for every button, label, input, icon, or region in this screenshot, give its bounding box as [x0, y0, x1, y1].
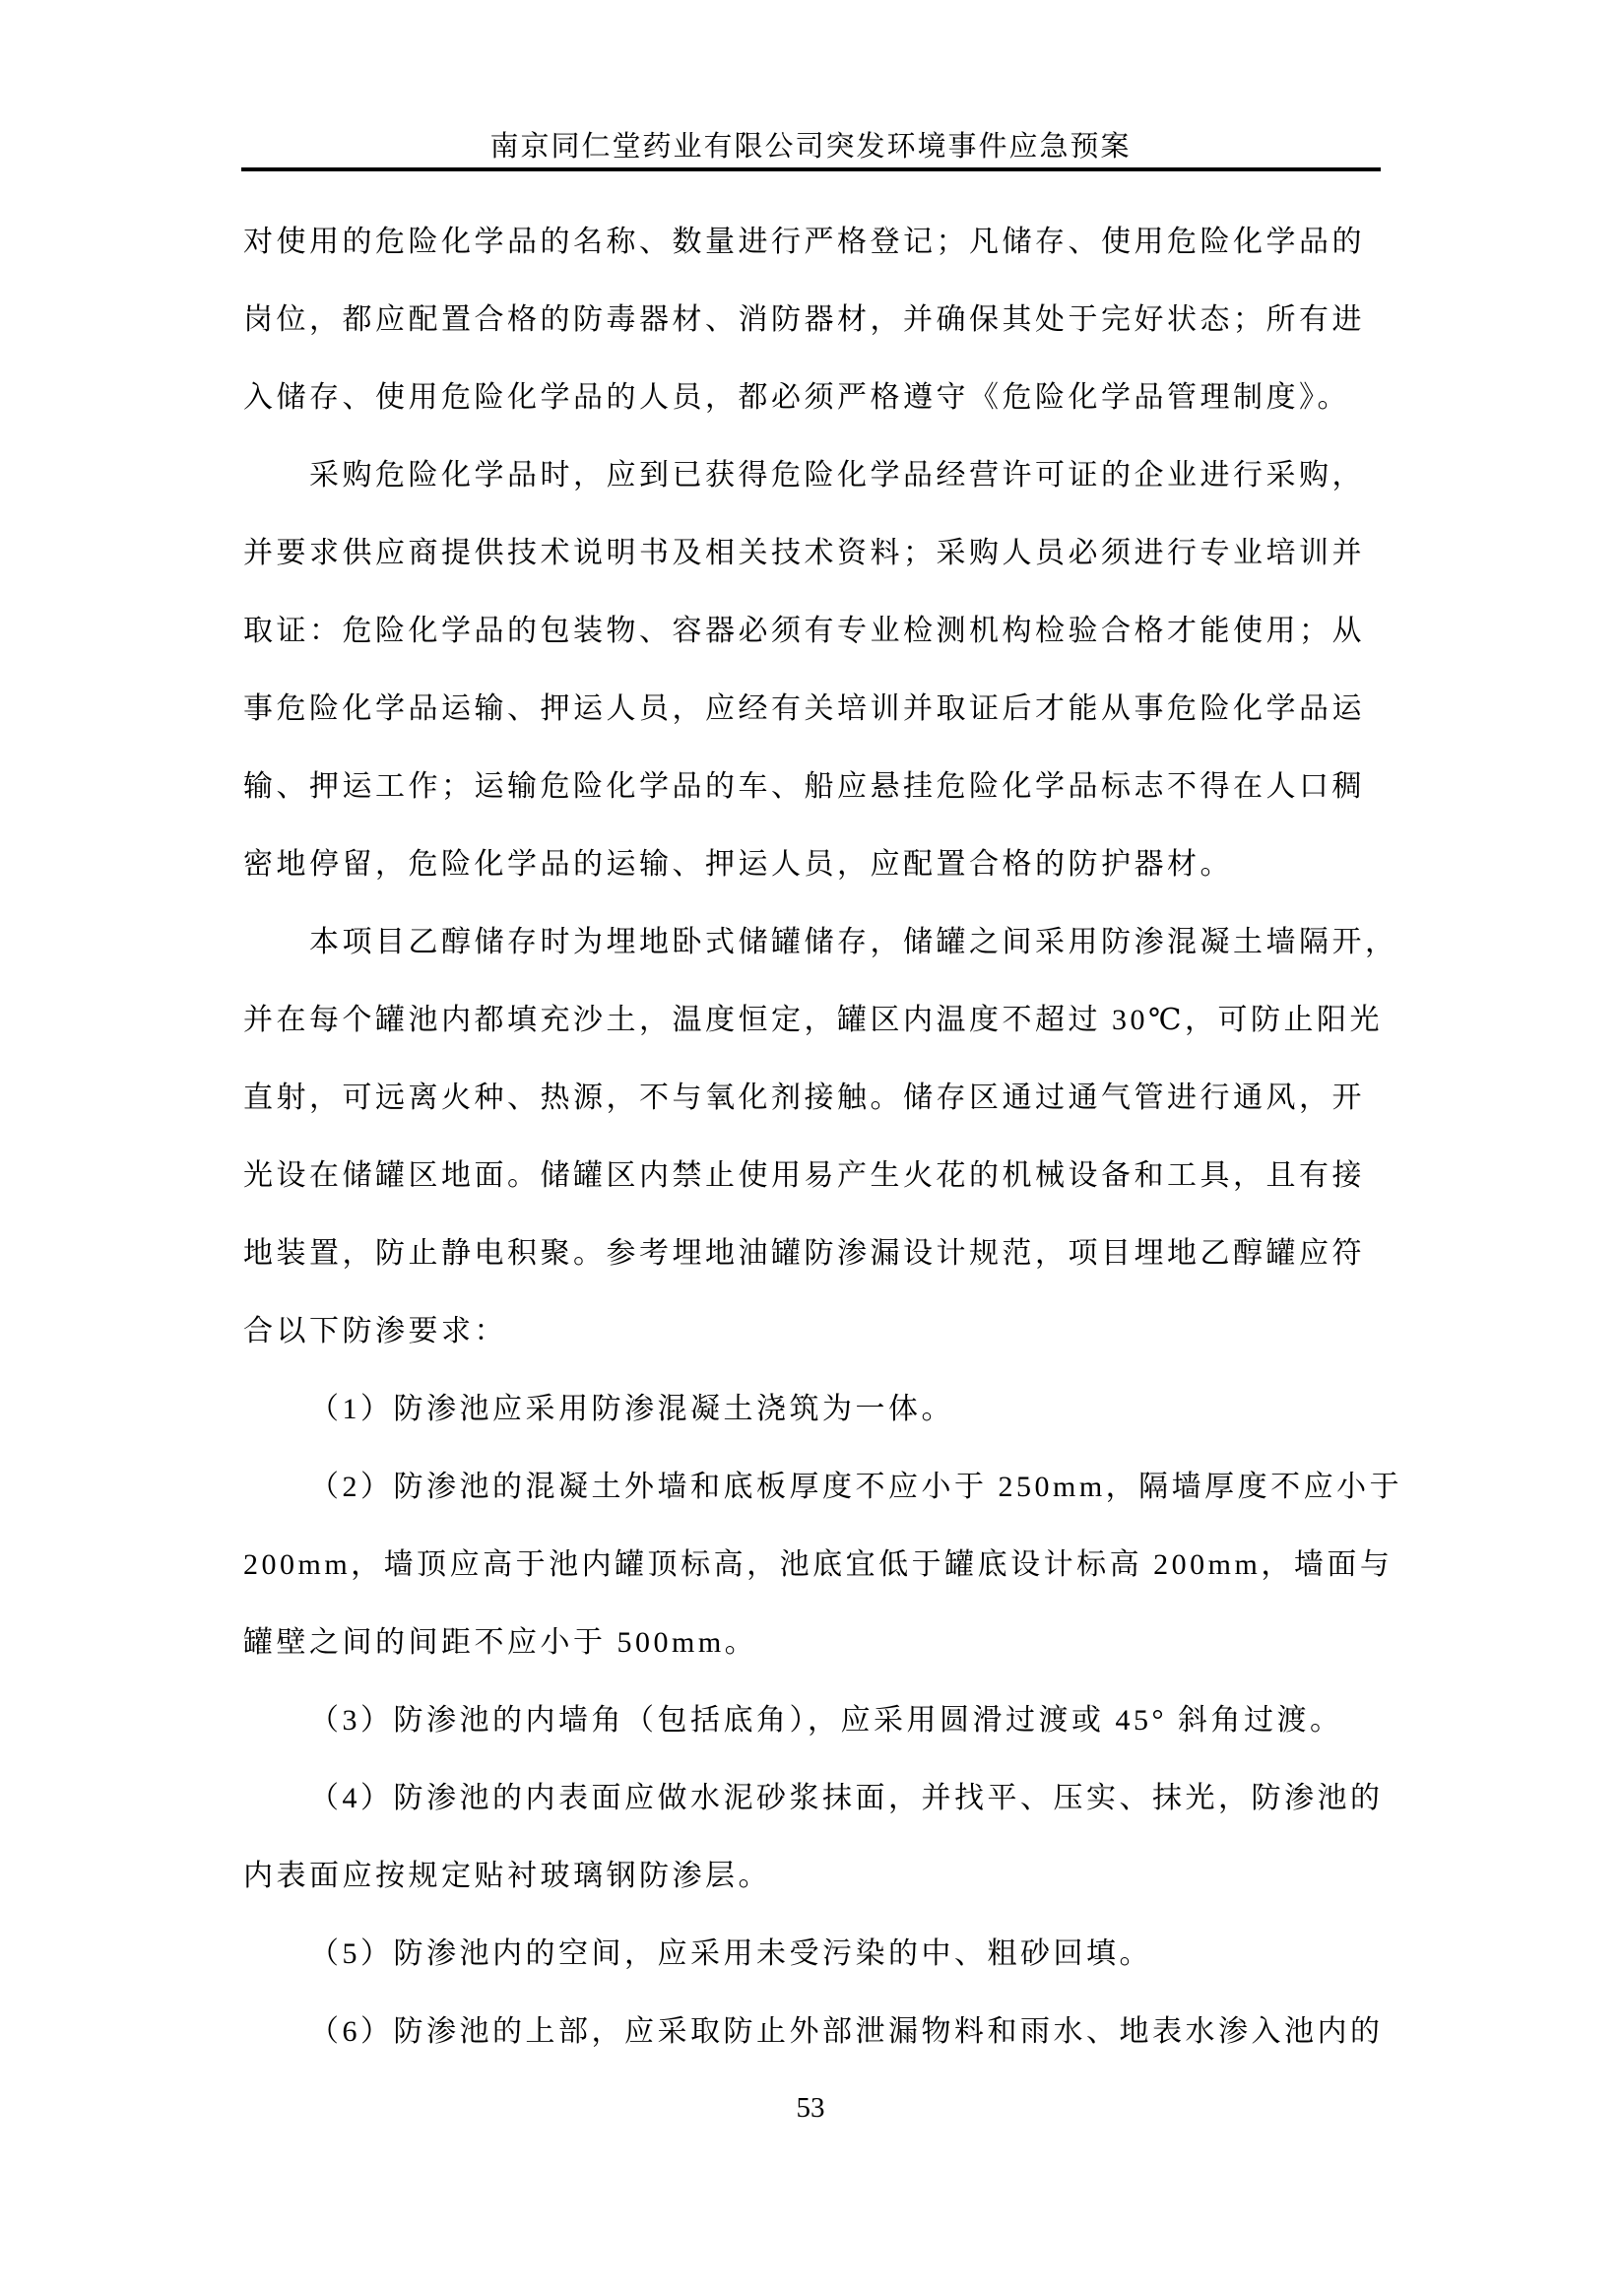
- text-line: 直射，可远离火种、热源，不与氧化剂接触。储存区通过通气管进行通风，开: [243, 1059, 1376, 1137]
- text-line: （4）防渗池的内表面应做水泥砂浆抹面，并找平、压实、抹光，防渗池的: [243, 1759, 1376, 1837]
- text-line: 密地停留，危险化学品的运输、押运人员，应配置合格的防护器材。: [243, 825, 1376, 903]
- text-line: 罐壁之间的间距不应小于 500mm。: [243, 1604, 1376, 1681]
- document-body: 对使用的危险化学品的名称、数量进行严格登记；凡储存、使用危险化学品的岗位，都应配…: [243, 203, 1376, 2070]
- text-line: （3）防渗池的内墙角（包括底角），应采用圆滑过渡或 45° 斜角过渡。: [243, 1681, 1376, 1759]
- text-line: 输、押运工作；运输危险化学品的车、船应悬挂危险化学品标志不得在人口稠: [243, 748, 1376, 825]
- text-line: （6）防渗池的上部，应采取防止外部泄漏物料和雨水、地表水渗入池内的: [243, 1993, 1376, 2070]
- text-line: 200mm，墙顶应高于池内罐顶标高，池底宜低于罐底设计标高 200mm，墙面与: [243, 1526, 1376, 1604]
- text-line: 取证：危险化学品的包装物、容器必须有专业检测机构检验合格才能使用；从: [243, 592, 1376, 670]
- text-line: （1）防渗池应采用防渗混凝土浇筑为一体。: [243, 1370, 1376, 1448]
- text-line: 岗位，都应配置合格的防毒器材、消防器材，并确保其处于完好状态；所有进: [243, 281, 1376, 359]
- text-line: 对使用的危险化学品的名称、数量进行严格登记；凡储存、使用危险化学品的: [243, 203, 1376, 281]
- text-line: 光设在储罐区地面。储罐区内禁止使用易产生火花的机械设备和工具，且有接: [243, 1137, 1376, 1214]
- text-line: 地装置，防止静电积聚。参考埋地油罐防渗漏设计规范，项目埋地乙醇罐应符: [243, 1214, 1376, 1292]
- text-line: 合以下防渗要求：: [243, 1292, 1376, 1370]
- text-line: 采购危险化学品时，应到已获得危险化学品经营许可证的企业进行采购，: [243, 436, 1376, 514]
- text-line: 入储存、使用危险化学品的人员，都必须严格遵守《危险化学品管理制度》。: [243, 359, 1376, 436]
- page-number: 53: [0, 2092, 1621, 2125]
- text-line: （2）防渗池的混凝土外墙和底板厚度不应小于 250mm，隔墙厚度不应小于: [243, 1448, 1376, 1526]
- text-line: （5）防渗池内的空间，应采用未受污染的中、粗砂回填。: [243, 1915, 1376, 1993]
- text-line: 内表面应按规定贴衬玻璃钢防渗层。: [243, 1837, 1376, 1915]
- page-header-title: 南京同仁堂药业有限公司突发环境事件应急预案: [0, 124, 1621, 164]
- text-line: 本项目乙醇储存时为埋地卧式储罐储存，储罐之间采用防渗混凝土墙隔开，: [243, 903, 1376, 981]
- text-line: 并在每个罐池内都填充沙土，温度恒定，罐区内温度不超过 30℃，可防止阳光: [243, 981, 1376, 1059]
- header-rule: [241, 167, 1381, 171]
- text-line: 事危险化学品运输、押运人员，应经有关培训并取证后才能从事危险化学品运: [243, 670, 1376, 748]
- document-page: 南京同仁堂药业有限公司突发环境事件应急预案 对使用的危险化学品的名称、数量进行严…: [0, 0, 1621, 2296]
- text-line: 并要求供应商提供技术说明书及相关技术资料；采购人员必须进行专业培训并: [243, 514, 1376, 592]
